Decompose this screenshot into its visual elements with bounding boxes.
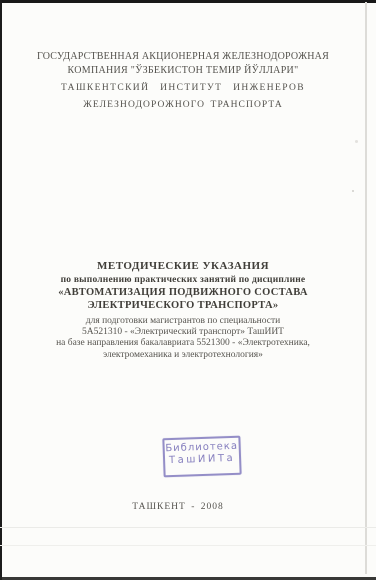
institute-name-line1: ТАШКЕНТСКИЙ ИНСТИТУТ ИНЖЕНЕРОВ: [2, 83, 364, 93]
stamp-text-line2: ТашИИТа: [165, 453, 239, 467]
bachelor-base-line1: на базе направления бакалавриата 5521300…: [2, 338, 364, 348]
scan-speck: [355, 140, 358, 143]
organization-name-line2: КОМПАНИЯ "ЎЗБЕКИСТОН ТЕМИР ЙЎЛЛАРИ": [2, 65, 364, 76]
scan-artifact-line: [0, 527, 376, 528]
library-stamp: Библиотека ТашИИТа: [162, 436, 241, 478]
scan-speck: [352, 190, 354, 192]
scanned-title-page: ГОСУДАРСТВЕННАЯ АКЦИОНЕРНАЯ ЖЕЛЕЗНОДОРОЖ…: [0, 0, 376, 580]
scan-artifact-line: [0, 545, 376, 546]
specialty-line: 5А521310 - «Электрический транспорт» Таш…: [2, 327, 364, 337]
discipline-title-line1: «АВТОМАТИЗАЦИЯ ПОДВИЖНОГО СОСТАВА: [2, 287, 364, 298]
doc-subtitle: по выполнению практических занятий по ди…: [2, 275, 364, 285]
scan-edge-right-shadow: [365, 2, 367, 574]
discipline-title-line2: ЭЛЕКТРИЧЕСКОГО ТРАНСПОРТА»: [2, 300, 364, 311]
title-block: МЕТОДИЧЕСКИЕ УКАЗАНИЯ по выполнению прак…: [2, 260, 364, 360]
imprint-city-year: ТАШКЕНТ - 2008: [0, 502, 356, 512]
organization-header: ГОСУДАРСТВЕННАЯ АКЦИОНЕРНАЯ ЖЕЛЕЗНОДОРОЖ…: [2, 51, 364, 110]
scan-edge-top: [0, 0, 376, 3]
organization-name-line1: ГОСУДАРСТВЕННАЯ АКЦИОНЕРНАЯ ЖЕЛЕЗНОДОРОЖ…: [2, 51, 364, 62]
audience-line: для подготовки магистрантов по специальн…: [2, 316, 364, 326]
doc-type-title: МЕТОДИЧЕСКИЕ УКАЗАНИЯ: [2, 260, 364, 272]
bachelor-base-line2: электромеханика и электротехнология»: [2, 350, 364, 360]
institute-name-line2: ЖЕЛЕЗНОДОРОЖНОГО ТРАНСПОРТА: [2, 100, 364, 110]
